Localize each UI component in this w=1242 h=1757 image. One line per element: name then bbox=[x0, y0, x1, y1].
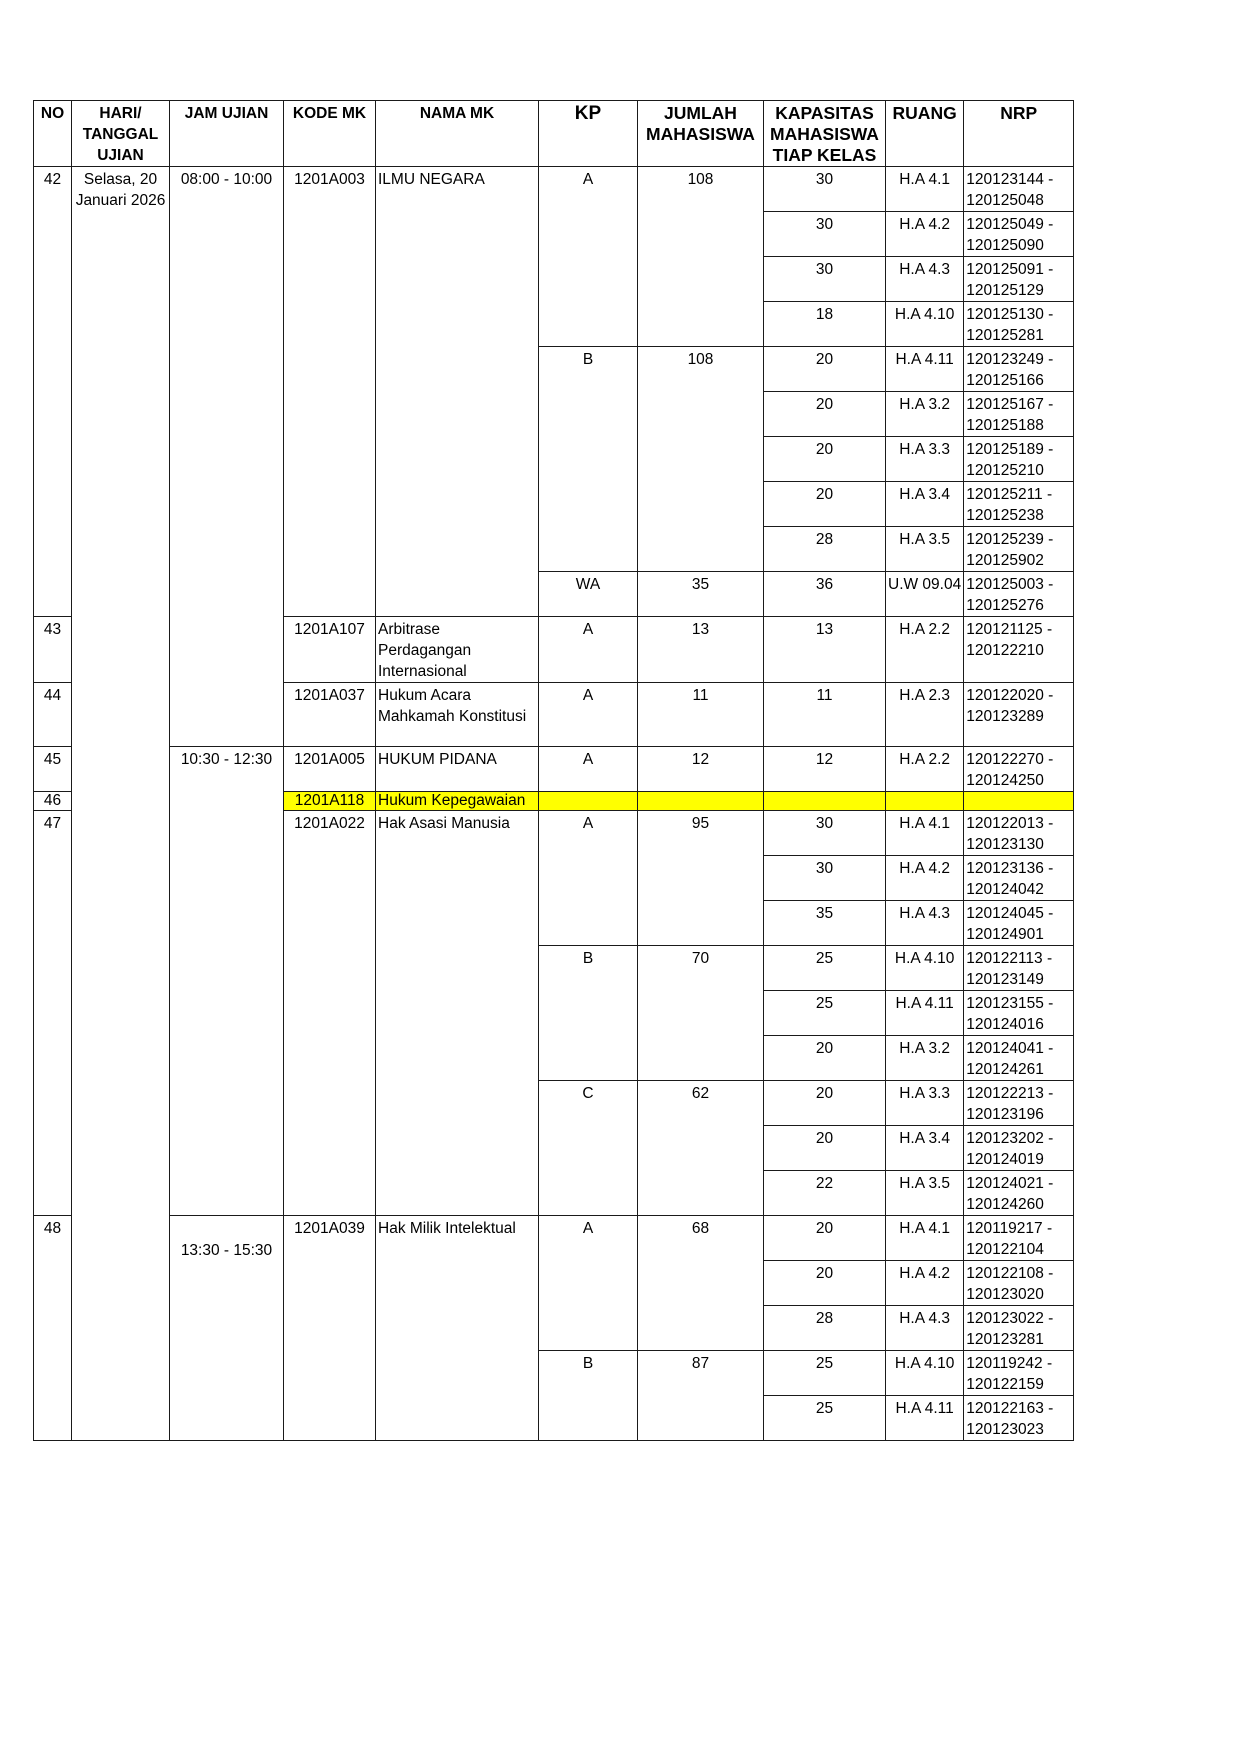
cell-nrp: 120123144 - 120125048 bbox=[964, 167, 1074, 212]
cell-kapasitas: 36 bbox=[764, 572, 886, 617]
cell-kapasitas: 28 bbox=[764, 527, 886, 572]
cell-no: 43 bbox=[34, 617, 72, 683]
cell-kapasitas: 20 bbox=[764, 482, 886, 527]
cell-kapasitas: 20 bbox=[764, 392, 886, 437]
cell-kp: A bbox=[539, 167, 638, 347]
cell-ruang: H.A 4.11 bbox=[886, 1396, 964, 1441]
cell-nama: ILMU NEGARA bbox=[376, 167, 539, 617]
cell-ruang: H.A 4.10 bbox=[886, 1351, 964, 1396]
cell-kapasitas: 22 bbox=[764, 1171, 886, 1216]
cell-ruang: H.A 4.10 bbox=[886, 302, 964, 347]
cell-kapasitas: 18 bbox=[764, 302, 886, 347]
cell-nama: Hukum Acara Mahkamah Konstitusi bbox=[376, 683, 539, 747]
cell-kapasitas: 30 bbox=[764, 212, 886, 257]
header-nama: NAMA MK bbox=[376, 101, 539, 167]
cell-jumlah: 108 bbox=[638, 347, 764, 572]
cell-no: 46 bbox=[34, 792, 72, 811]
cell-ruang: H.A 4.3 bbox=[886, 901, 964, 946]
cell-ruang: H.A 4.1 bbox=[886, 1216, 964, 1261]
cell-kode: 1201A005 bbox=[284, 747, 376, 792]
cell-kapasitas: 20 bbox=[764, 1036, 886, 1081]
cell-kapasitas: 30 bbox=[764, 257, 886, 302]
header-jam: JAM UJIAN bbox=[170, 101, 284, 167]
table-row: 42Selasa, 20 Januari 202608:00 - 10:0012… bbox=[34, 167, 1074, 212]
cell-ruang: H.A 4.3 bbox=[886, 1306, 964, 1351]
cell-nrp: 120122020 - 120123289 bbox=[964, 683, 1074, 747]
cell-jumlah: 13 bbox=[638, 617, 764, 683]
cell-empty bbox=[539, 792, 638, 811]
cell-kp: A bbox=[539, 617, 638, 683]
cell-time: 13:30 - 15:30 bbox=[170, 1216, 284, 1441]
header-kode: KODE MK bbox=[284, 101, 376, 167]
cell-no: 42 bbox=[34, 167, 72, 617]
exam-schedule-table: NO HARI/ TANGGAL UJIAN JAM UJIAN KODE MK… bbox=[33, 100, 1074, 1441]
cell-kode: 1201A039 bbox=[284, 1216, 376, 1441]
cell-ruang: H.A 3.4 bbox=[886, 1126, 964, 1171]
cell-ruang: H.A 4.1 bbox=[886, 811, 964, 856]
cell-kapasitas: 13 bbox=[764, 617, 886, 683]
header-kapasitas: KAPASITAS MAHASISWA TIAP KELAS bbox=[764, 101, 886, 167]
cell-kp: B bbox=[539, 946, 638, 1081]
cell-ruang: H.A 2.3 bbox=[886, 683, 964, 747]
cell-ruang: H.A 4.2 bbox=[886, 856, 964, 901]
cell-kp: B bbox=[539, 347, 638, 572]
cell-no: 48 bbox=[34, 1216, 72, 1441]
table-row: 4510:30 - 12:301201A005HUKUM PIDANAA1212… bbox=[34, 747, 1074, 792]
cell-ruang: H.A 4.2 bbox=[886, 212, 964, 257]
cell-jumlah: 35 bbox=[638, 572, 764, 617]
cell-kode: 1201A022 bbox=[284, 811, 376, 1216]
cell-nrp: 120123202 - 120124019 bbox=[964, 1126, 1074, 1171]
cell-ruang: H.A 3.5 bbox=[886, 527, 964, 572]
cell-kp: C bbox=[539, 1081, 638, 1216]
cell-kode: 1201A107 bbox=[284, 617, 376, 683]
cell-nrp: 120125091 - 120125129 bbox=[964, 257, 1074, 302]
cell-nrp: 120119217 - 120122104 bbox=[964, 1216, 1074, 1261]
cell-kapasitas: 25 bbox=[764, 991, 886, 1036]
cell-nama: Hak Milik Intelektual bbox=[376, 1216, 539, 1441]
cell-ruang: H.A 2.2 bbox=[886, 617, 964, 683]
header-row: NO HARI/ TANGGAL UJIAN JAM UJIAN KODE MK… bbox=[34, 101, 1074, 167]
cell-kode: 1201A003 bbox=[284, 167, 376, 617]
cell-nrp: 120121125 - 120122210 bbox=[964, 617, 1074, 683]
cell-nrp: 120119242 - 120122159 bbox=[964, 1351, 1074, 1396]
document-page: NO HARI/ TANGGAL UJIAN JAM UJIAN KODE MK… bbox=[0, 0, 1242, 1757]
cell-no: 47 bbox=[34, 811, 72, 1216]
cell-kapasitas: 30 bbox=[764, 856, 886, 901]
table-row: 4813:30 - 15:301201A039Hak Milik Intelek… bbox=[34, 1216, 1074, 1261]
cell-ruang: H.A 4.1 bbox=[886, 167, 964, 212]
cell-nrp: 120125167 - 120125188 bbox=[964, 392, 1074, 437]
cell-jumlah: 70 bbox=[638, 946, 764, 1081]
cell-jumlah: 68 bbox=[638, 1216, 764, 1351]
cell-nama: Hukum Kepegawaian bbox=[376, 792, 539, 811]
cell-ruang: H.A 3.3 bbox=[886, 437, 964, 482]
header-jumlah: JUMLAH MAHASISWA bbox=[638, 101, 764, 167]
cell-kp: A bbox=[539, 811, 638, 946]
cell-empty bbox=[886, 792, 964, 811]
cell-nama: Arbitrase Perdagangan Internasional bbox=[376, 617, 539, 683]
cell-kapasitas: 30 bbox=[764, 167, 886, 212]
cell-nrp: 120123249 - 120125166 bbox=[964, 347, 1074, 392]
cell-empty bbox=[764, 792, 886, 811]
cell-jumlah: 11 bbox=[638, 683, 764, 747]
cell-kode: 1201A037 bbox=[284, 683, 376, 747]
cell-time: 08:00 - 10:00 bbox=[170, 167, 284, 747]
cell-ruang: H.A 2.2 bbox=[886, 747, 964, 792]
cell-nrp: 120122163 - 120123023 bbox=[964, 1396, 1074, 1441]
cell-nrp: 120122270 - 120124250 bbox=[964, 747, 1074, 792]
cell-kapasitas: 20 bbox=[764, 1081, 886, 1126]
cell-jumlah: 108 bbox=[638, 167, 764, 347]
header-kp: KP bbox=[539, 101, 638, 167]
cell-ruang: H.A 3.2 bbox=[886, 392, 964, 437]
cell-nrp: 120122213 - 120123196 bbox=[964, 1081, 1074, 1126]
cell-kapasitas: 28 bbox=[764, 1306, 886, 1351]
cell-nrp: 120123136 - 120124042 bbox=[964, 856, 1074, 901]
cell-day: Selasa, 20 Januari 2026 bbox=[72, 167, 170, 1441]
cell-jumlah: 87 bbox=[638, 1351, 764, 1441]
header-ruang: RUANG bbox=[886, 101, 964, 167]
cell-nama: Hak Asasi Manusia bbox=[376, 811, 539, 1216]
cell-no: 45 bbox=[34, 747, 72, 792]
cell-ruang: H.A 4.11 bbox=[886, 347, 964, 392]
cell-jumlah: 95 bbox=[638, 811, 764, 946]
cell-nama: HUKUM PIDANA bbox=[376, 747, 539, 792]
cell-ruang: H.A 4.3 bbox=[886, 257, 964, 302]
cell-kapasitas: 11 bbox=[764, 683, 886, 747]
cell-ruang: U.W 09.04 bbox=[886, 572, 964, 617]
cell-kapasitas: 20 bbox=[764, 1261, 886, 1306]
cell-nrp: 120122113 - 120123149 bbox=[964, 946, 1074, 991]
header-nrp: NRP bbox=[964, 101, 1074, 167]
cell-ruang: H.A 3.4 bbox=[886, 482, 964, 527]
header-no: NO bbox=[34, 101, 72, 167]
cell-empty bbox=[964, 792, 1074, 811]
cell-ruang: H.A 3.5 bbox=[886, 1171, 964, 1216]
cell-nrp: 120125130 - 120125281 bbox=[964, 302, 1074, 347]
cell-kapasitas: 20 bbox=[764, 347, 886, 392]
cell-kapasitas: 20 bbox=[764, 437, 886, 482]
cell-kp: A bbox=[539, 747, 638, 792]
cell-kapasitas: 25 bbox=[764, 1396, 886, 1441]
cell-nrp: 120124021 - 120124260 bbox=[964, 1171, 1074, 1216]
cell-ruang: H.A 3.3 bbox=[886, 1081, 964, 1126]
cell-kapasitas: 30 bbox=[764, 811, 886, 856]
cell-ruang: H.A 3.2 bbox=[886, 1036, 964, 1081]
cell-nrp: 120123022 - 120123281 bbox=[964, 1306, 1074, 1351]
cell-nrp: 120125189 - 120125210 bbox=[964, 437, 1074, 482]
cell-kapasitas: 12 bbox=[764, 747, 886, 792]
table-body: 42Selasa, 20 Januari 202608:00 - 10:0012… bbox=[34, 167, 1074, 1441]
header-hari: HARI/ TANGGAL UJIAN bbox=[72, 101, 170, 167]
cell-nrp: 120125003 - 120125276 bbox=[964, 572, 1074, 617]
cell-nrp: 120124045 - 120124901 bbox=[964, 901, 1074, 946]
cell-kp: WA bbox=[539, 572, 638, 617]
cell-kapasitas: 20 bbox=[764, 1126, 886, 1171]
cell-ruang: H.A 4.10 bbox=[886, 946, 964, 991]
cell-nrp: 120125211 - 120125238 bbox=[964, 482, 1074, 527]
cell-empty bbox=[638, 792, 764, 811]
cell-kode: 1201A118 bbox=[284, 792, 376, 811]
cell-jumlah: 12 bbox=[638, 747, 764, 792]
cell-nrp: 120125049 - 120125090 bbox=[964, 212, 1074, 257]
cell-ruang: H.A 4.11 bbox=[886, 991, 964, 1036]
cell-kapasitas: 25 bbox=[764, 1351, 886, 1396]
cell-time: 10:30 - 12:30 bbox=[170, 747, 284, 1216]
cell-kp: A bbox=[539, 1216, 638, 1351]
cell-no: 44 bbox=[34, 683, 72, 747]
cell-kapasitas: 35 bbox=[764, 901, 886, 946]
cell-kapasitas: 20 bbox=[764, 1216, 886, 1261]
cell-kapasitas: 25 bbox=[764, 946, 886, 991]
cell-kp: A bbox=[539, 683, 638, 747]
cell-nrp: 120122013 - 120123130 bbox=[964, 811, 1074, 856]
cell-nrp: 120124041 - 120124261 bbox=[964, 1036, 1074, 1081]
cell-nrp: 120122108 - 120123020 bbox=[964, 1261, 1074, 1306]
cell-ruang: H.A 4.2 bbox=[886, 1261, 964, 1306]
cell-nrp: 120123155 - 120124016 bbox=[964, 991, 1074, 1036]
cell-kp: B bbox=[539, 1351, 638, 1441]
cell-nrp: 120125239 - 120125902 bbox=[964, 527, 1074, 572]
cell-jumlah: 62 bbox=[638, 1081, 764, 1216]
